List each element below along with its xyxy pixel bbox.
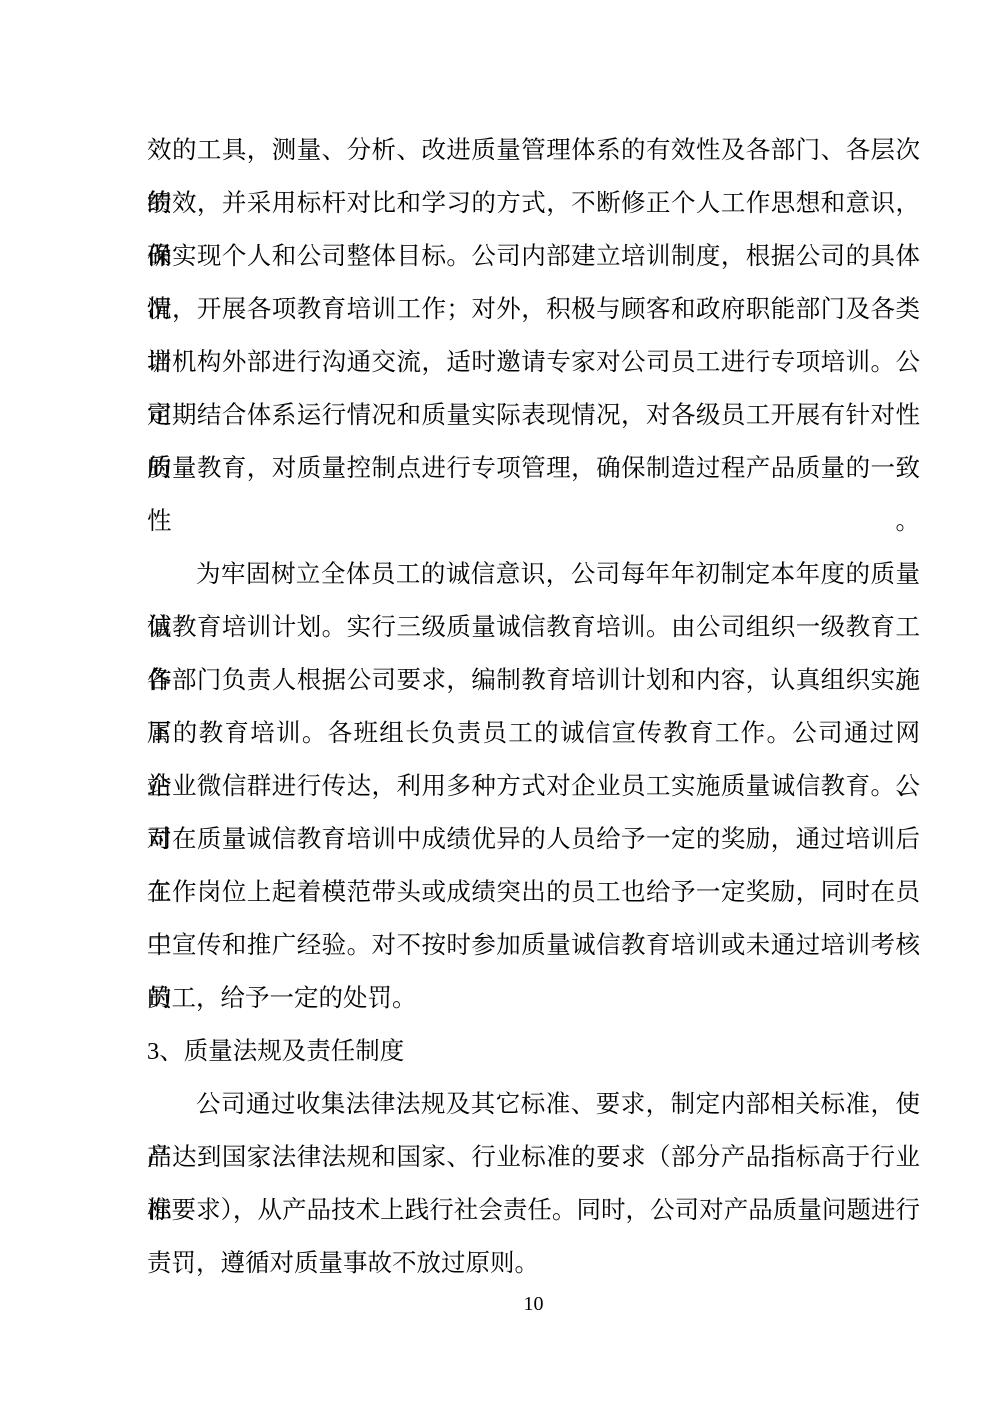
text-line: 各部门负责人根据公司要求，编制教育培训计划和内容，认真组织实施下 [147,654,920,707]
text-line: 公司通过收集法律法规及其它标准、要求，制定内部相关标准，使产 [147,1078,920,1131]
section-heading: 3、质量法规及责任制度 [147,1025,920,1078]
text-line: 工作岗位上起着模范带头或成绩突出的员工也给予一定奖励，同时在员工 [147,866,920,919]
text-line: 属的教育培训。各班组长负责员工的诚信宣传教育工作。公司通过网站、 [147,707,920,760]
text-line: 为牢固树立全体员工的诚信意识，公司每年年初制定本年度的质量诚 [147,548,920,601]
text-line: 训机构外部进行沟通交流，适时邀请专家对公司员工进行专项培训。公司 [147,336,920,389]
text-line: 信教育培训计划。实行三级质量诚信教育培训。由公司组织一级教育工作。 [147,601,920,654]
text-line: 准要求），从产品技术上践行社会责任。同时，公司对产品质量问题进行 [147,1184,920,1237]
text-line: 况，开展各项教育培训工作；对外，积极与顾客和政府职能部门及各类培 [147,283,920,336]
document-body: 效的工具，测量、分析、改进质量管理体系的有效性及各部门、各层次的 绩效，并采用标… [147,124,920,1290]
text-line: 定期结合体系运行情况和质量实际表现情况，对各级员工开展有针对性的 [147,389,920,442]
text-line: 企业微信群进行传达，利用多种方式对企业员工实施质量诚信教育。公司 [147,760,920,813]
page-number: 10 [147,1290,920,1318]
text-line: 保实现个人和公司整体目标。公司内部建立培训制度，根据公司的具体情 [147,230,920,283]
text-line: 绩效，并采用标杆对比和学习的方式，不断修正个人工作思想和意识，确 [147,177,920,230]
text-line: 质量教育，对质量控制点进行专项管理，确保制造过程产品质量的一致性。 [147,442,920,495]
text-line: 责罚，遵循对质量事故不放过原则。 [147,1237,920,1290]
text-line: 品达到国家法律法规和国家、行业标准的要求（部分产品指标高于行业标 [147,1131,920,1184]
paragraph-legal-responsibility: 公司通过收集法律法规及其它标准、要求，制定内部相关标准，使产 品达到国家法律法规… [147,1078,920,1290]
paragraph-integrity-education: 为牢固树立全体员工的诚信意识，公司每年年初制定本年度的质量诚 信教育培训计划。实… [147,548,920,1025]
text-line: 员工，给予一定的处罚。 [147,972,920,1025]
paragraph-quality-training: 效的工具，测量、分析、改进质量管理体系的有效性及各部门、各层次的 绩效，并采用标… [147,124,920,495]
text-line: 效的工具，测量、分析、改进质量管理体系的有效性及各部门、各层次的 [147,124,920,177]
section-heading-quality-regulations: 3、质量法规及责任制度 [147,1025,920,1078]
text-line: 对在质量诚信教育培训中成绩优异的人员给予一定的奖励，通过培训后在 [147,813,920,866]
document-page: 效的工具，测量、分析、改进质量管理体系的有效性及各部门、各层次的 绩效，并采用标… [0,0,1000,1414]
text-line: 中宣传和推广经验。对不按时参加质量诚信教育培训或未通过培训考核的 [147,919,920,972]
